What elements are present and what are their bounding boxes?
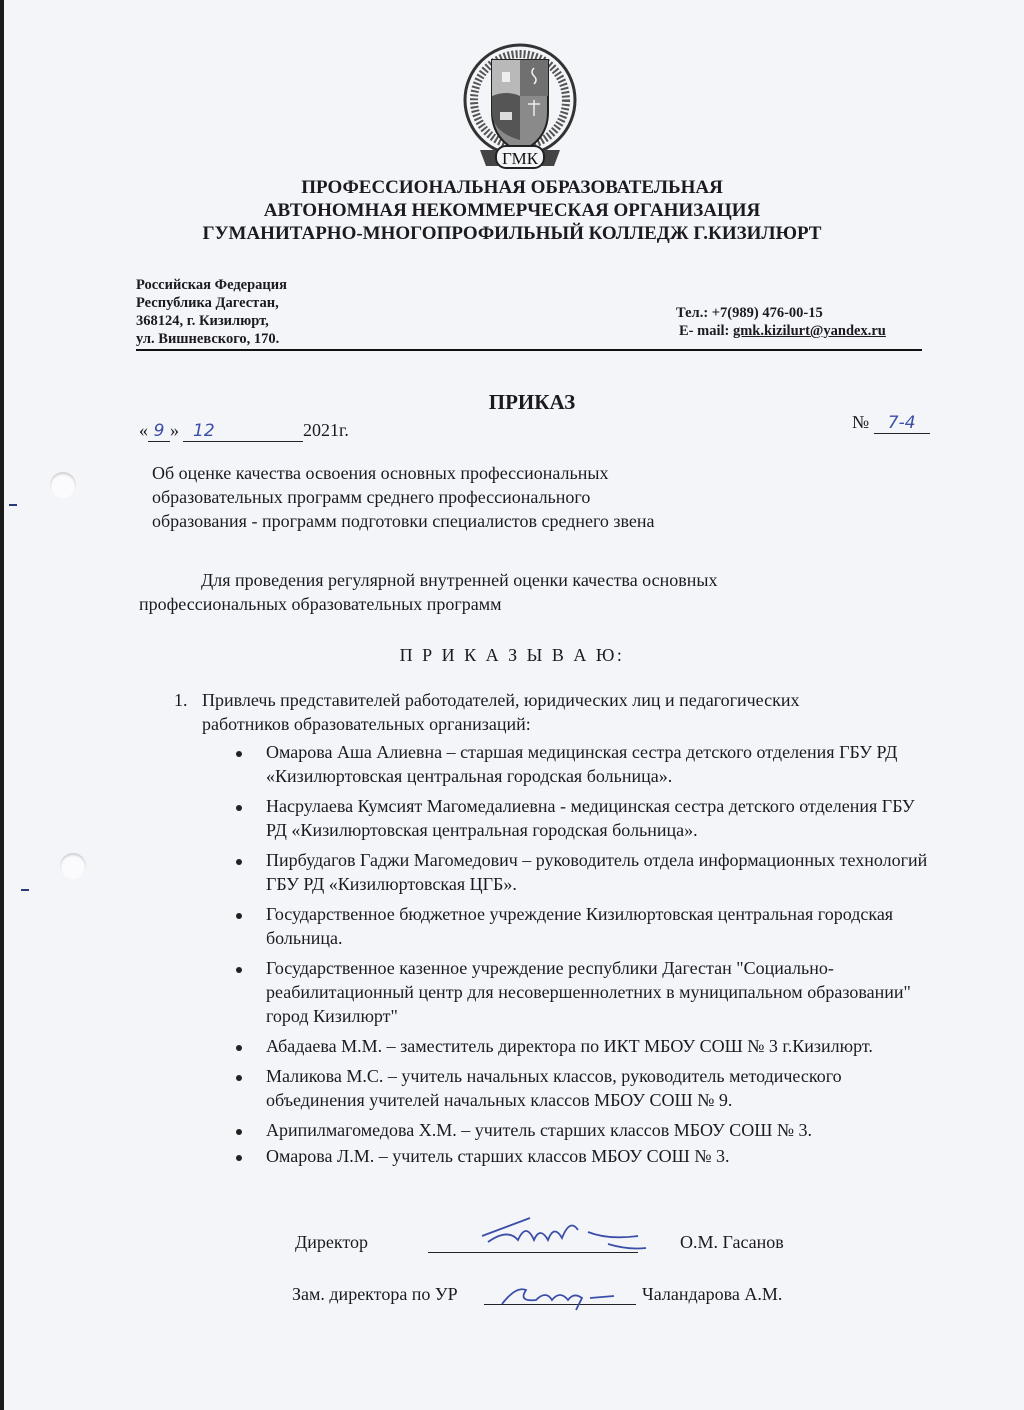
- deputy-name: Чаландарова А.М.: [642, 1284, 782, 1305]
- margin-mark: [9, 504, 17, 506]
- address-line: Республика Дагестан,: [136, 294, 287, 312]
- bullet-icon: [236, 1155, 242, 1161]
- list-item-text: Пирбудагов Гаджи Магомедович – руководит…: [266, 850, 927, 894]
- header-divider: [136, 349, 922, 351]
- postal-address: Российская Федерация Республика Дагестан…: [136, 276, 287, 348]
- list-item: Омарова Аша Алиевна – старшая медицинска…: [236, 740, 936, 788]
- list-item: Государственное казенное учреждение респ…: [236, 956, 936, 1028]
- college-emblem-icon: ГМК: [450, 42, 590, 172]
- list-item: Насрулаева Кумсият Магомедалиевна - меди…: [236, 794, 936, 842]
- list-item-text: Государственное казенное учреждение респ…: [266, 958, 911, 1026]
- number-sign: №: [852, 412, 869, 432]
- punch-hole-top: [50, 472, 76, 498]
- email-link[interactable]: gmk.kizilurt@yandex.ru: [733, 323, 886, 339]
- bullet-icon: [236, 805, 242, 811]
- address-line: 368124, г. Кизилюрт,: [136, 312, 287, 330]
- director-name: О.М. Гасанов: [680, 1232, 784, 1253]
- svg-text:ГМК: ГМК: [502, 149, 539, 168]
- bullet-icon: [236, 1075, 242, 1081]
- quote: »: [170, 420, 179, 440]
- list-item-text: Насрулаева Кумсият Магомедалиевна - меди…: [266, 796, 915, 840]
- preamble-line: профессиональных образовательных програм…: [139, 592, 819, 616]
- list-item: Пирбудагов Гаджи Магомедович – руководит…: [236, 848, 936, 896]
- item-number: 1.: [174, 688, 188, 712]
- order-number: № 7-4: [852, 412, 930, 434]
- bullet-icon: [236, 859, 242, 865]
- subject-line: Об оценке качества освоения основных про…: [152, 461, 655, 485]
- punch-hole-bottom: [60, 853, 86, 879]
- bullet-icon: [236, 1045, 242, 1051]
- item-text: Привлечь представителей работодателей, ю…: [202, 688, 922, 712]
- list-item-text: Омарова Л.М. – учитель старших классов М…: [266, 1146, 730, 1166]
- date-day: 9: [148, 421, 170, 442]
- bullet-icon: [236, 1129, 242, 1135]
- list-item-text: Маликова М.С. – учитель начальных классо…: [266, 1066, 842, 1110]
- bullet-icon: [236, 751, 242, 757]
- bullet-icon: [236, 913, 242, 919]
- order-number-value: 7-4: [874, 413, 930, 434]
- organization-name: ПРОФЕССИОНАЛЬНАЯ ОБРАЗОВАТЕЛЬНАЯ АВТОНОМ…: [0, 176, 1024, 245]
- list-item: Арипилмагомедова Х.М. – учитель старших …: [236, 1118, 936, 1142]
- deputy-role: Зам. директора по УР: [292, 1284, 458, 1305]
- handwritten-signature-icon: [468, 1210, 648, 1265]
- order-subject: Об оценке качества освоения основных про…: [152, 461, 655, 533]
- list-item: Государственное бюджетное учреждение Киз…: [236, 902, 936, 950]
- email-label: E- mail:: [679, 323, 733, 339]
- date-year: 2021г.: [303, 420, 349, 440]
- list-item-text: Государственное бюджетное учреждение Киз…: [266, 904, 893, 948]
- director-role: Директор: [295, 1232, 368, 1253]
- date-month: 12: [183, 421, 303, 442]
- list-item: Омарова Л.М. – учитель старших классов М…: [236, 1144, 936, 1168]
- order-date: «9»122021г.: [139, 420, 349, 442]
- org-line: ПРОФЕССИОНАЛЬНАЯ ОБРАЗОВАТЕЛЬНАЯ: [0, 176, 1024, 199]
- address-line: ул. Вишневского, 170.: [136, 330, 287, 348]
- preamble-line: Для проведения регулярной внутренней оце…: [139, 568, 819, 592]
- phone: Тел.: +7(989) 476-00-15: [676, 304, 886, 322]
- margin-mark: [21, 889, 29, 891]
- org-line: АВТОНОМНАЯ НЕКОММЕРЧЕСКАЯ ОРГАНИЗАЦИЯ: [0, 199, 1024, 222]
- bullet-icon: [236, 967, 242, 973]
- list-item: Маликова М.С. – учитель начальных классо…: [236, 1064, 936, 1112]
- org-line: ГУМАНИТАРНО-МНОГОПРОФИЛЬНЫЙ КОЛЛЕДЖ Г.КИ…: [0, 222, 1024, 245]
- order-heading: П Р И К А З Ы В А Ю:: [0, 645, 1024, 666]
- list-item: Абадаева М.М. – заместитель директора по…: [236, 1034, 936, 1058]
- handwritten-signature-icon: [496, 1276, 626, 1321]
- list-item-text: Арипилмагомедова Х.М. – учитель старших …: [266, 1120, 812, 1140]
- list-item-text: Абадаева М.М. – заместитель директора по…: [266, 1036, 873, 1056]
- participant-list: Омарова Аша Алиевна – старшая медицинска…: [236, 740, 936, 1174]
- quote: «: [139, 420, 148, 440]
- list-item-text: Омарова Аша Алиевна – старшая медицинска…: [266, 742, 897, 786]
- address-line: Российская Федерация: [136, 276, 287, 294]
- subject-line: образования - программ подготовки специа…: [152, 509, 655, 533]
- item-text: работников образовательных организаций:: [202, 712, 922, 736]
- preamble: Для проведения регулярной внутренней оце…: [139, 568, 819, 616]
- contact-info: Тел.: +7(989) 476-00-15 E- mail: gmk.kiz…: [676, 304, 886, 340]
- email-row: E- mail: gmk.kizilurt@yandex.ru: [676, 322, 886, 340]
- subject-line: образовательных программ среднего профес…: [152, 485, 655, 509]
